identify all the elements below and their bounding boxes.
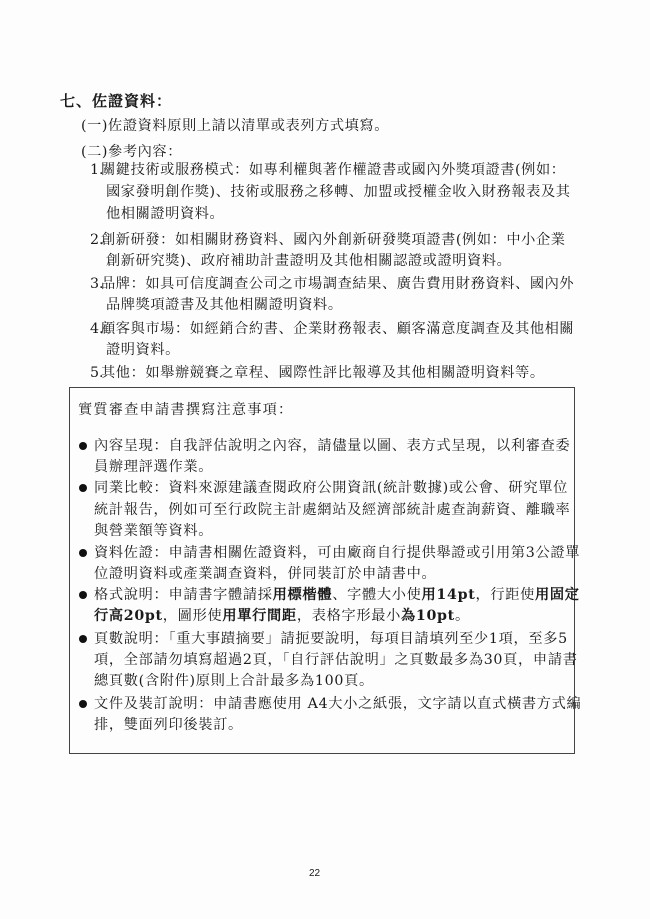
bold-text-segment: 用標楷體: [273, 587, 333, 603]
notice-box-title: 實質審查申請書撰寫注意事項：: [78, 400, 293, 420]
item-text-line: 顧客與市場：如經銷合約書、企業財務報表、顧客滿意度調查及其他相關: [101, 319, 574, 339]
bullet-text-line: 項，全部請勿填寫超過2頁，「自行評估說明」之頁數最多為30頁，申請書: [94, 650, 578, 670]
item-text-line: 他相關證明資料。: [106, 204, 224, 224]
bullet-text-line: 資料佐證：申請書相關佐證資料，可由廠商自行提供舉證或引用第3公證單: [94, 543, 580, 563]
text-segment: 。: [455, 608, 470, 624]
page-number: 22: [309, 868, 320, 879]
bullet-text-line: 頁數說明：「重大事蹟摘要」請扼要說明，每項目請填列至少1項，至多5: [94, 629, 568, 649]
bullet-text-line: 排，雙面列印後裝訂。: [94, 715, 243, 735]
bullet-text-line: 行高20pt，圖形使用單行間距，表格字形最小為10pt。: [94, 606, 470, 626]
bold-text-segment: 行高20pt: [94, 608, 163, 624]
bullet-icon: [79, 549, 87, 557]
bullet-icon: [79, 442, 87, 450]
item-text-line: 創新研究獎)、政府補助計畫證明及其他相關認證或證明資料。: [106, 251, 511, 271]
bullet-icon: [79, 635, 87, 643]
bullet-text-line: 內容呈現：自我評估說明之內容，請儘量以圖、表方式呈現，以利審查委: [94, 436, 570, 456]
item-text-line: 創新研發：如相關財務資料、國內外創新研發獎項證書(例如：中小企業: [101, 230, 566, 250]
sub-item-1: (一)佐證資料原則上請以清單或表列方式填寫。: [81, 116, 389, 136]
bullet-text-line: 位證明資料或產業調查資料，併同裝訂於申請書中。: [94, 564, 436, 584]
bullet-icon: [79, 700, 87, 708]
bullet-text-line: 同業比較：資料來源建議查閱政府公開資訊(統計數據)或公會、研究單位: [94, 478, 568, 498]
document-page: 七、佐證資料： (一)佐證資料原則上請以清單或表列方式填寫。 (二)參考內容： …: [0, 0, 650, 919]
text-segment: ，表格字形最小: [297, 608, 401, 624]
item-text-line: 國家發明創作獎)、技術或服務之移轉、加盟或授權金收入財務報表及其: [106, 182, 571, 202]
bullet-text-line: 總頁數(含附件)原則上合計最多為100頁。: [94, 671, 374, 691]
bullet-text-line: 格式說明：申請書字體請採用標楷體、字體大小使用14pt，行距使用固定: [94, 585, 580, 605]
item-text-line: 其他：如舉辦競賽之章程、國際性評比報導及其他相關證明資料等。: [101, 363, 545, 383]
bold-text-segment: 為10pt: [401, 608, 455, 624]
sub-item-2: (二)參考內容：: [81, 142, 182, 162]
text-segment: ，行距使: [475, 587, 535, 603]
bold-text-segment: 用單行間距: [222, 608, 296, 624]
text-segment: 格式說明：申請書字體請採: [94, 587, 273, 603]
bullet-text-line: 統計報告，例如可至行政院主計處網站及經濟部統計處查詢薪資、離職率: [94, 500, 570, 520]
bold-text-segment: 用14pt: [422, 587, 476, 603]
item-text-line: 關鍵技術或服務模式：如專利權與著作權證書或國內外獎項證書(例如：: [101, 160, 566, 180]
section-heading: 七、佐證資料：: [60, 90, 172, 111]
text-segment: ，圖形使: [163, 608, 223, 624]
bullet-text-line: 與營業額等資料。: [94, 521, 213, 541]
bullet-text-line: 員辦理評選作業。: [94, 457, 213, 477]
bullet-icon: [79, 591, 87, 599]
text-segment: 、字體大小使: [332, 587, 421, 603]
bullet-text-line: 文件及裝訂說明：申請書應使用 A4大小之紙張，文字請以直式橫書方式編: [94, 694, 581, 714]
item-text-line: 證明資料。: [106, 340, 180, 360]
item-text-line: 品牌：如具可信度調查公司之市場調查結果、廣告費用財務資料、國內外: [101, 274, 574, 294]
bullet-icon: [79, 484, 87, 492]
item-text-line: 品牌獎項證書及其他相關證明資料。: [106, 295, 343, 315]
bold-text-segment: 用固定: [535, 587, 580, 603]
